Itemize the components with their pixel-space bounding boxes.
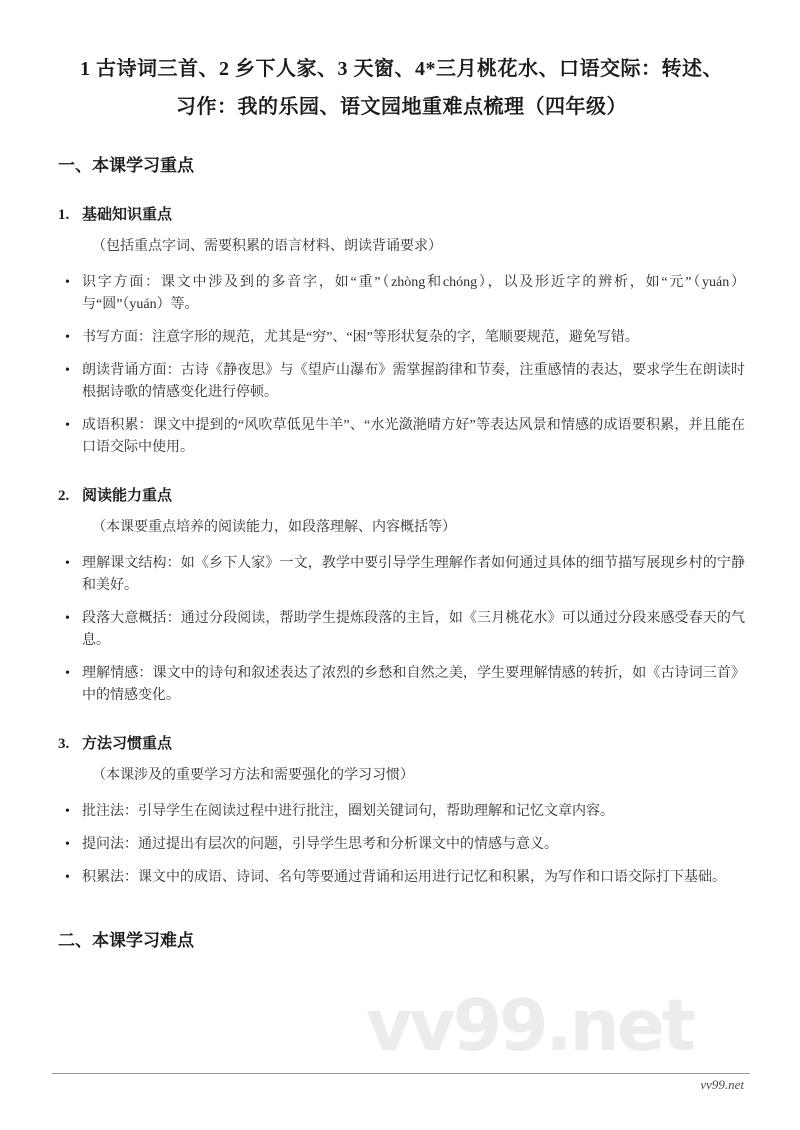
bullet-item: 段落大意概括：通过分段阅读，帮助学生提炼段落的主旨，如《三月桃花水》可以通过分段… xyxy=(58,608,745,652)
page-title-line-2: 习作：我的乐园、语文园地重难点梳理（四年级） xyxy=(58,88,745,126)
bullet-item: 提问法：通过提出有层次的问题，引导学生思考和分析课文中的情感与意义。 xyxy=(58,834,745,856)
bullet-list-basics: 识字方面：课文中涉及到的多音字，如“重”（zhòng和chóng），以及形近字的… xyxy=(58,272,745,459)
bullet-item: 积累法：课文中的成语、诗词、名句等要通过背诵和运用进行记忆和积累，为写作和口语交… xyxy=(58,867,745,889)
subsection-number: 3. xyxy=(58,733,82,755)
document-page: { "document": { "title_lines": [ "1 古诗词三… xyxy=(0,0,800,1130)
footer-site-name: vv99.net xyxy=(700,1077,744,1093)
subsection-note: （本课要重点培养的阅读能力，如段落理解、内容概括等） xyxy=(92,517,745,539)
bullet-item: 批注法：引导学生在阅读过程中进行批注，圈划关键词句，帮助理解和记忆文章内容。 xyxy=(58,801,745,823)
subsection-title: 阅读能力重点 xyxy=(82,485,172,507)
section-heading-key-points: 一、本课学习重点 xyxy=(58,154,745,178)
bullet-item: 成语积累：课文中提到的“风吹草低见牛羊”、“水光潋滟晴方好”等表达风景和情感的成… xyxy=(58,415,745,459)
subsection-note: （本课涉及的重要学习方法和需要强化的学习习惯） xyxy=(92,765,745,787)
subsection-heading-reading: 2. 阅读能力重点 xyxy=(58,485,745,507)
subsection-number: 2. xyxy=(58,485,82,507)
subsection-number: 1. xyxy=(58,204,82,226)
bullet-list-reading: 理解课文结构：如《乡下人家》一文，教学中要引导学生理解作者如何通过具体的细节描写… xyxy=(58,553,745,707)
subsection-heading-basics: 1. 基础知识重点 xyxy=(58,204,745,226)
subsection-title: 基础知识重点 xyxy=(82,204,172,226)
page-title-line-1: 1 古诗词三首、2 乡下人家、3 天窗、4*三月桃花水、口语交际：转述、 xyxy=(58,50,745,88)
footer-divider xyxy=(52,1073,750,1074)
bullet-item: 朗读背诵方面：古诗《静夜思》与《望庐山瀑布》需掌握韵律和节奏，注重感情的表达，要… xyxy=(58,360,745,404)
bullet-item: 识字方面：课文中涉及到的多音字，如“重”（zhòng和chóng），以及形近字的… xyxy=(58,272,745,316)
section-heading-difficulties: 二、本课学习难点 xyxy=(58,929,745,953)
bullet-list-methods: 批注法：引导学生在阅读过程中进行批注，圈划关键词句，帮助理解和记忆文章内容。 提… xyxy=(58,801,745,889)
bullet-item: 书写方面：注意字形的规范，尤其是“穷”、“困”等形状复杂的字，笔顺要规范，避免写… xyxy=(58,327,745,349)
subsection-title: 方法习惯重点 xyxy=(82,733,172,755)
page-title: 1 古诗词三首、2 乡下人家、3 天窗、4*三月桃花水、口语交际：转述、 习作：… xyxy=(58,50,745,126)
bullet-item: 理解课文结构：如《乡下人家》一文，教学中要引导学生理解作者如何通过具体的细节描写… xyxy=(58,553,745,597)
bullet-item: 理解情感：课文中的诗句和叙述表达了浓烈的乡愁和自然之美，学生要理解情感的转折，如… xyxy=(58,663,745,707)
page-content: 1 古诗词三首、2 乡下人家、3 天窗、4*三月桃花水、口语交际：转述、 习作：… xyxy=(0,0,800,953)
subsection-note: （包括重点字词、需要积累的语言材料、朗读背诵要求） xyxy=(92,236,745,258)
watermark: vv99.net xyxy=(366,984,693,1067)
subsection-heading-methods: 3. 方法习惯重点 xyxy=(58,733,745,755)
